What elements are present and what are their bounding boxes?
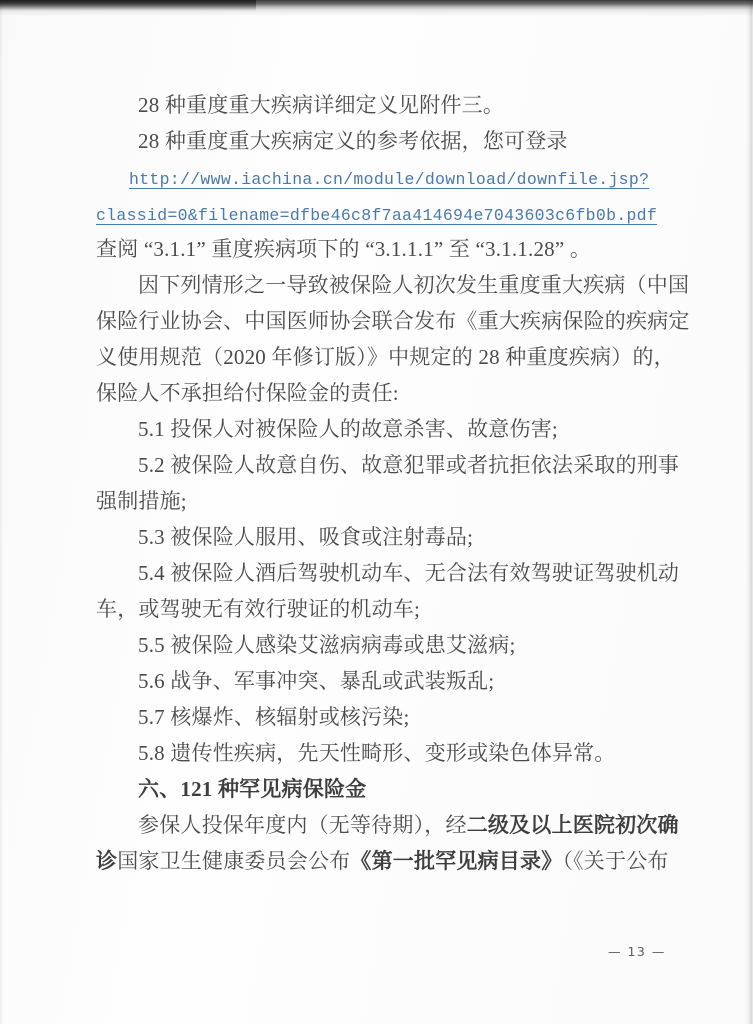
text-line: 诊国家卫生健康委员会公布《第一批罕见病目录》（《关于公布 xyxy=(96,843,688,879)
text-segment: 车，或驾驶无有效行驶证的机动车; xyxy=(96,597,420,621)
text-line: 强制措施; xyxy=(96,483,688,519)
text-line: classid=0&filename=dfbe46c8f7aa414694e70… xyxy=(96,195,688,231)
text-segment: 5.8 遗传性疾病，先天性畸形、变形或染色体异常。 xyxy=(138,741,616,765)
text-segment: 国家卫生健康委员会公布 xyxy=(117,849,350,873)
text-segment: （《关于公布 xyxy=(562,849,668,873)
text-segment: 5.5 被保险人感染艾滋病病毒或患艾滋病; xyxy=(138,633,516,657)
text-line: 5.5 被保险人感染艾滋病病毒或患艾滋病; xyxy=(96,627,688,663)
text-segment: 义使用规范（2020 年修订版）》中规定的 28 种重度疾病）的， xyxy=(96,345,675,369)
text-line: 5.2 被保险人故意自伤、故意犯罪或者抗拒依法采取的刑事 xyxy=(96,447,688,483)
scan-left-edge-artifact xyxy=(0,0,3,1024)
text-segment: 强制措施; xyxy=(96,489,187,513)
text-segment: 参保人投保年度内（无等待期），经 xyxy=(138,813,467,837)
text-line: 5.1 投保人对被保险人的故意杀害、故意伤害; xyxy=(96,411,688,447)
document-body-text: 28 种重度重大疾病详细定义见附件三。28 种重度重大疾病定义的参考依据，您可登… xyxy=(96,87,688,879)
text-segment: 5.2 被保险人故意自伤、故意犯罪或者抗拒依法采取的刑事 xyxy=(138,453,679,477)
text-line: 保险行业协会、中国医师协会联合发布《重大疾病保险的疾病定 xyxy=(96,303,688,339)
bold-text-segment: 二级及以上医院 xyxy=(467,813,615,837)
text-line: 查阅 “3.1.1” 重度疾病项下的 “3.1.1.1” 至 “3.1.1.28… xyxy=(96,231,688,267)
bold-text-segment: 初次确 xyxy=(615,813,679,837)
text-line: http://www.iachina.cn/module/download/do… xyxy=(96,159,688,195)
bold-text-segment: 诊 xyxy=(96,849,117,873)
text-segment: 5.6 战争、军事冲突、暴乱或武装叛乱; xyxy=(138,669,494,693)
text-line: 六、121 种罕见病保险金 xyxy=(96,771,688,807)
text-line: 28 种重度重大疾病详细定义见附件三。 xyxy=(96,87,688,123)
text-line: 保险人不承担给付保险金的责任: xyxy=(96,375,688,411)
download-url-link[interactable]: classid=0&filename=dfbe46c8f7aa414694e70… xyxy=(96,206,657,225)
text-line: 参保人投保年度内（无等待期），经二级及以上医院初次确 xyxy=(96,807,688,843)
text-line: 5.7 核爆炸、核辐射或核污染; xyxy=(96,699,688,735)
page-number: — 13 — xyxy=(608,944,666,959)
text-line: 5.3 被保险人服用、吸食或注射毒品; xyxy=(96,519,688,555)
text-segment: 28 种重度重大疾病定义的参考依据，您可登录 xyxy=(138,129,568,153)
text-line: 5.8 遗传性疾病，先天性畸形、变形或染色体异常。 xyxy=(96,735,688,771)
text-line: 义使用规范（2020 年修订版）》中规定的 28 种重度疾病）的， xyxy=(96,339,688,375)
scanned-document-page: 28 种重度重大疾病详细定义见附件三。28 种重度重大疾病定义的参考依据，您可登… xyxy=(0,0,753,1024)
bold-text-segment: 六、121 种罕见病保险金 xyxy=(138,777,366,801)
text-segment: 5.7 核爆炸、核辐射或核污染; xyxy=(138,705,410,729)
text-line: 5.4 被保险人酒后驾驶机动车、无合法有效驾驶证驾驶机动 xyxy=(96,555,688,591)
text-line: 28 种重度重大疾病定义的参考依据，您可登录 xyxy=(96,123,688,159)
text-segment: 5.4 被保险人酒后驾驶机动车、无合法有效驾驶证驾驶机动 xyxy=(138,561,679,585)
scan-top-edge-artifact xyxy=(0,0,753,16)
text-segment: 5.1 投保人对被保险人的故意杀害、故意伤害; xyxy=(138,417,558,441)
text-line: 5.6 战争、军事冲突、暴乱或武装叛乱; xyxy=(96,663,688,699)
text-line: 车，或驾驶无有效行驶证的机动车; xyxy=(96,591,688,627)
scan-right-edge-artifact xyxy=(746,0,753,1024)
bold-text-segment: 《第一批罕见病目录》 xyxy=(350,849,562,873)
text-segment: 因下列情形之一导致被保险人初次发生重度重大疾病（中国 xyxy=(138,273,689,297)
text-segment: 5.3 被保险人服用、吸食或注射毒品; xyxy=(138,525,473,549)
text-segment: 保险行业协会、中国医师协会联合发布《重大疾病保险的疾病定 xyxy=(96,309,690,333)
text-segment: 查阅 “3.1.1” 重度疾病项下的 “3.1.1.1” 至 “3.1.1.28… xyxy=(96,237,591,261)
text-line: 因下列情形之一导致被保险人初次发生重度重大疾病（中国 xyxy=(96,267,688,303)
text-segment: 28 种重度重大疾病详细定义见附件三。 xyxy=(138,93,504,117)
text-segment: 保险人不承担给付保险金的责任: xyxy=(96,381,399,405)
download-url-link[interactable]: http://www.iachina.cn/module/download/do… xyxy=(129,170,649,189)
